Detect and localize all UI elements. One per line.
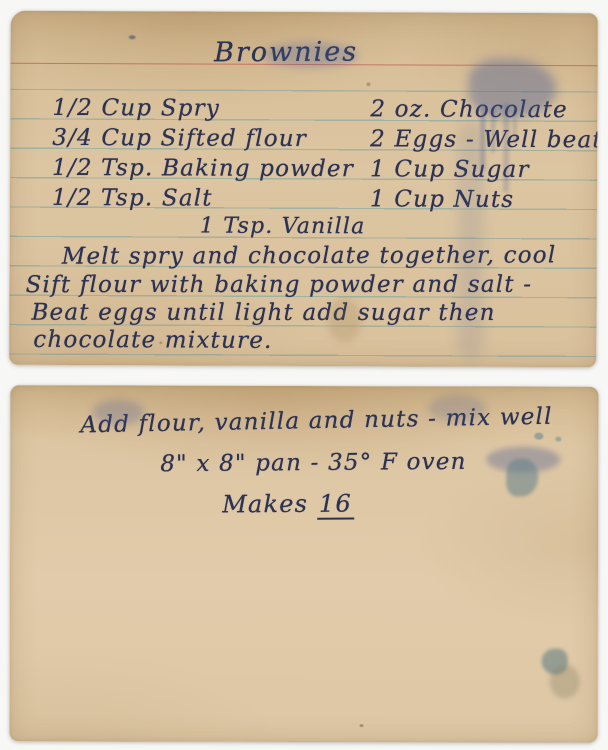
recipe-title: Brownies bbox=[9, 36, 579, 70]
ink-dot bbox=[534, 433, 543, 440]
ingredient-chocolate: 2 oz. Chocolate bbox=[370, 96, 568, 123]
paper-speck bbox=[366, 82, 370, 86]
ink-smudge bbox=[486, 446, 560, 472]
ink-drip bbox=[503, 103, 509, 193]
ingredient-flour: 3/4 Cup Sifted flour bbox=[52, 125, 307, 152]
makes-label: Makes bbox=[222, 490, 308, 519]
paper-speck bbox=[360, 724, 364, 727]
ink-stain bbox=[542, 649, 568, 675]
ingredient-salt: 1/2 Tsp. Salt bbox=[52, 185, 213, 212]
ingredient-vanilla: 1 Tsp. Vanilla bbox=[200, 214, 366, 240]
recipe-card-back: Add flour, vanilla and nuts - mix well 8… bbox=[10, 385, 599, 743]
paper-speck bbox=[129, 35, 136, 39]
ink-blot bbox=[506, 459, 538, 497]
instruction-line: chocolate mixture. bbox=[33, 327, 272, 354]
instruction-line: Beat eggs until light add sugar then bbox=[31, 300, 495, 326]
makes-value: 16 bbox=[317, 490, 354, 520]
paper-speck bbox=[159, 341, 162, 344]
ingredient-baking-powder: 1/2 Tsp. Baking powder bbox=[52, 155, 354, 182]
ink-drip bbox=[480, 105, 485, 171]
ink-drip bbox=[513, 107, 516, 143]
back-yield-line: Makes 16 bbox=[222, 490, 354, 519]
ink-dot bbox=[555, 437, 561, 442]
instruction-line: Melt spry and chocolate together, cool bbox=[62, 242, 557, 269]
ingredient-spry: 1/2 Cup Spry bbox=[52, 95, 220, 122]
card-edge-vignette bbox=[10, 385, 599, 743]
back-pan-temp-line: 8" x 8" pan - 35° F oven bbox=[160, 449, 467, 477]
instruction-line: Sift flour with baking powder and salt - bbox=[26, 272, 533, 298]
recipe-card-front: Brownies 1/2 Cup Spry 3/4 Cup Sifted flo… bbox=[9, 11, 598, 368]
ingredient-nuts: 1 Cup Nuts bbox=[370, 186, 514, 213]
paper-stain bbox=[550, 665, 580, 699]
ink-drip bbox=[491, 109, 495, 153]
back-instruction-line: Add flour, vanilla and nuts - mix well bbox=[80, 404, 553, 439]
